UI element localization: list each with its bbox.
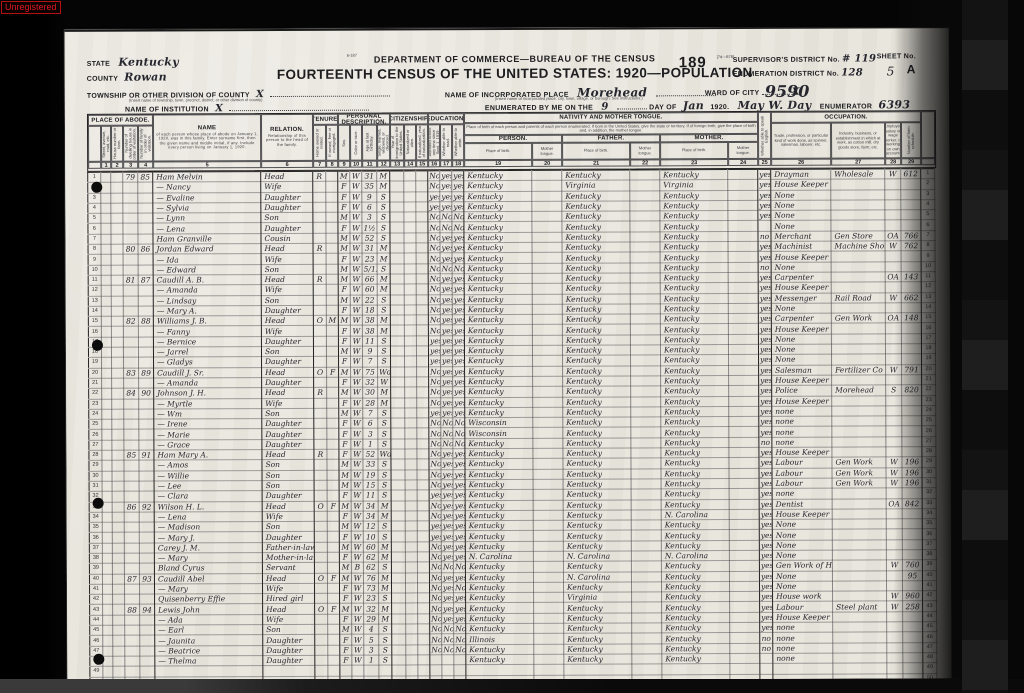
cell-family-number [140,625,155,635]
cell-occupation: Carpenter [771,272,831,283]
cell-marital-status: S [377,212,390,222]
cell-naturalized [406,665,418,675]
cell-immigration-year [392,614,406,624]
cell-able-to-read: yes [441,531,453,541]
col-sub-able-to-read: Whether able to read. [440,124,452,160]
cell-able-to-write: yes [453,356,465,366]
cell-name: — Lynn [153,213,261,224]
cell-able-to-read: No [441,418,453,428]
cell-marital-status: S [377,233,390,243]
cell-family-number [139,357,154,367]
cell-naturalization-year [417,480,429,490]
cell-immigration-year [391,397,405,407]
group-place-of-abode-: PLACE OF ABODE. [88,115,153,126]
cell-attended-school: No [429,552,441,562]
cell-speaks-english: yes [758,211,771,221]
cell-able-to-read: No [442,624,454,634]
cell-able-to-write: yes [452,335,464,345]
cell-street [103,636,113,646]
cell-naturalization-year [416,264,428,274]
cell-marital-status: Wd [378,449,391,459]
cell-color-race: W [351,501,363,511]
cell-naturalization-year [417,511,429,521]
cell-pob-person: N. Carolina [465,551,533,562]
cell-immigration-year [391,480,405,490]
cell-age: 73 [363,583,378,593]
cell-home-owned-rented [314,398,327,408]
cell-speaks-english [760,664,773,674]
cell-sex: F [339,418,351,428]
cell-color-race: W [351,480,363,490]
cell-able-to-read: yes [441,572,453,582]
cell-color-race: B [351,562,363,572]
cell-occupation: None [771,344,831,355]
cell-immigration-year [390,243,404,253]
cell-free-mortgaged [328,655,340,665]
cell-pob-father: Kentucky [563,479,631,490]
cell-able-to-read: yes [440,274,452,284]
cell-street [102,543,112,553]
cell-marital-status: M [377,315,390,325]
cell-naturalized [405,500,417,510]
cell-pob-father: Kentucky [563,376,631,387]
cell-tongue-person [533,376,563,386]
cell-dwelling-number [125,635,140,645]
cell-name: — Thelma [155,656,263,667]
cell-pob-mother: Kentucky [662,592,730,603]
cell-naturalization-year [417,397,429,407]
cell-tongue-father [630,221,660,231]
cell-sex: F [340,614,352,624]
cell-home-owned-rented: O [315,604,328,614]
cell-tongue-mother [728,314,758,324]
cell-attended-school: No [430,603,442,613]
cell-able-to-read: No [440,222,452,232]
cell-age: 28 [363,398,378,408]
cell-pob-person: Kentucky [465,562,533,573]
cell-color-race: W [351,511,363,521]
cell-industry [833,653,887,664]
cell-naturalized [405,408,417,418]
cell-color-race: W [350,315,362,325]
cell-family-number [139,399,154,409]
cell-name: — Earl [155,625,263,636]
cell-speaks-english: yes [758,324,771,334]
cell-color-race: W [351,521,363,531]
cell-name: — Gladys [154,357,262,368]
cell-tongue-person [533,500,563,510]
cell-dwelling-number [125,615,140,625]
cell-tongue-mother [729,571,759,581]
cell-age: 23 [364,593,379,603]
column-number: 1 [101,162,111,169]
cell-tongue-mother [729,406,759,416]
cell-color-race: W [350,274,362,284]
cell-street [103,594,113,604]
cell-tongue-person [533,459,563,469]
cell-pob-mother: Kentucky [660,211,728,222]
cell-family-number [138,327,153,337]
cell-occupation: None [772,571,832,582]
nativity-leaf: Mother tongue. [728,142,758,159]
cell-pob-father: Kentucky [563,469,631,480]
cell-attended-school: No [429,459,441,469]
cell-color-race: W [351,377,363,387]
cell-free-mortgaged [328,593,340,603]
cell-tongue-person [532,335,562,345]
cell-attended-school: No [429,469,441,479]
cell-able-to-write: yes [452,274,464,284]
occupation-sub: Trade, profession, or particular kind of… [771,123,831,159]
cell-tongue-father [631,499,661,509]
nativity-leaf: Place of birth. [464,143,532,160]
cell-industry [833,632,887,643]
cell-relation: Son [262,408,314,419]
cell-free-mortgaged [326,171,338,181]
cell-naturalized [405,418,417,428]
cell-family-number [139,563,154,573]
cell-marital-status: M [378,542,391,552]
cell-home-owned-rented: R [313,274,326,284]
cell-industry [831,303,885,314]
cell-age: 19 [363,470,378,480]
cell-street [102,461,112,471]
cell-home-owned-rented [313,202,326,212]
cell-naturalization-year [417,521,429,531]
cell-pob-mother: Kentucky [660,334,728,345]
cell-tongue-father [631,438,661,448]
cell-line: 37 [89,543,102,553]
cell-age: 1½ [362,223,377,233]
cell-attended-school: No [430,593,442,603]
cell-able-to-read: No [440,263,452,273]
cell-free-mortgaged: F [327,573,339,583]
ward-value: X [792,87,800,98]
cell-color-race: W [351,408,363,418]
cell-free-mortgaged [326,192,338,202]
cell-able-to-read: yes [441,541,453,551]
cell-immigration-year [391,459,405,469]
cell-sex: F [338,336,350,346]
cell-occupation: Salesman [772,365,832,376]
cell-pob-person: Kentucky [464,304,532,315]
cell-able-to-read: yes [440,315,452,325]
cell-speaks-english [758,221,771,231]
cell-occupation [773,663,833,674]
cell-speaks-english: yes [758,314,771,324]
cell-free-mortgaged [326,254,338,264]
cell-dwelling-number [125,646,140,656]
cell-able-to-read: yes [441,511,453,521]
cell-marital-status: M [377,181,390,191]
cell-able-to-write: No [453,438,465,448]
cell-pob-mother: Kentucky [661,468,729,479]
cell-home-owned-rented [313,254,326,264]
cell-speaks-english: yes [759,519,772,529]
enumeration-district: ENUMERATION DISTRICT No. 128 [733,67,863,79]
cell-attended-school: yes [428,191,440,201]
cell-immigration-year [391,531,405,541]
cell-attended-school: No [428,325,440,335]
cell-industry [832,581,886,592]
cell-name: — Evaline [153,192,261,203]
cell-naturalization-year [417,552,429,562]
cell-able-to-read: yes [440,346,452,356]
cell-dwelling-number [124,440,139,450]
cell-able-to-write: yes [452,325,464,335]
cell-tongue-person [532,201,562,211]
cell-line: 36 [89,533,102,543]
cell-free-mortgaged [327,511,339,521]
col-speaks-english-label: Whether able to speak English. [758,112,771,159]
cell-street [101,347,111,357]
cell-name: Johnson J. H. [154,388,262,399]
cell-dwelling-number [123,193,138,203]
cell-sex: F [340,635,352,645]
cell-line: 29 [89,461,102,471]
cell-marital-status: S [377,295,390,305]
cell-house [112,368,124,378]
cell-immigration-year [392,624,406,634]
cell-tongue-father [631,561,661,571]
cell-street [101,285,111,295]
cell-pob-father [564,664,632,675]
cell-age: 12 [363,521,378,531]
cell-immigration-year [392,593,406,603]
cell-attended-school: No [429,377,441,387]
cell-tongue-mother [728,241,758,251]
cell-immigration-year [391,387,405,397]
cell-street [103,646,113,656]
cell-family-number: 89 [139,368,154,378]
cell-tongue-mother [728,231,758,241]
cell-tongue-person [533,562,563,572]
cell-pob-person: Kentucky [465,510,533,521]
cell-free-mortgaged [327,521,339,531]
cell-family-number [139,481,154,491]
cell-house [112,430,124,440]
cell-family-number [140,615,155,625]
cell-attended-school: No [429,366,441,376]
cell-naturalized [404,315,416,325]
cell-pob-person: Kentucky [464,170,532,181]
cell-house [111,285,123,295]
cell-tongue-mother [729,530,759,540]
col-sub-family-number: Number of family in order of visitation. [138,126,153,162]
cell-color-race: W [351,573,363,583]
cell-family-number [139,419,154,429]
cell-color-race: W [350,171,362,181]
cell-naturalized [404,284,416,294]
cell-color-race: W [350,326,362,336]
cell-pob-person: Kentucky [464,222,532,233]
cell-family-number [138,337,153,347]
cell-free-mortgaged [327,357,339,367]
cell-naturalization-year [417,572,429,582]
cell-line: 35 [89,522,102,532]
cell-free-mortgaged [327,532,339,542]
col-sub-sex: Sex. [338,125,350,161]
cell-occupation: None [771,221,831,232]
cell-industry: Morehead [832,385,886,396]
cell-name: Ham Granville [153,233,261,244]
cell-able-to-write [454,665,466,675]
cell-able-to-write: yes [454,593,466,603]
cell-free-mortgaged [327,429,339,439]
cell-dwelling-number [123,224,138,234]
cell-immigration-year [392,645,406,655]
column-number: 6 [261,161,313,168]
cell-free-mortgaged [326,182,338,192]
cell-relation: Daughter [263,635,315,646]
cell-dwelling-number [124,522,139,532]
cell-family-number [139,409,154,419]
cell-pob-person: Kentucky [464,284,532,295]
cell-pob-person: Kentucky [465,500,533,511]
cell-pob-father: Kentucky [563,366,631,377]
cell-house [112,409,124,419]
cell-able-to-write: yes [452,181,464,191]
cell-marital-status: M [378,398,391,408]
state-label-text: STATE [87,61,110,68]
cell-house [112,460,124,470]
cell-tongue-person [533,510,563,520]
cell-age: 3 [362,212,377,222]
cell-age: 32 [364,604,379,614]
cell-tongue-mother [728,211,758,221]
cell-able-to-read: yes [442,593,454,603]
cell-tongue-mother [729,396,759,406]
cell-free-mortgaged: F [327,501,339,511]
cell-tongue-mother [729,365,759,375]
cell-pob-person: Kentucky [466,654,534,665]
cell-dwelling-number: 84 [124,388,139,398]
cell-occupation: House Keeper [772,447,832,458]
cell-industry [831,323,885,334]
cell-pob-father: Kentucky [562,345,630,356]
cell-marital-status: M [377,325,390,335]
cell-occupation: Labour [772,457,832,468]
cell-color-race: W [351,356,363,366]
cell-naturalization-year [418,593,430,603]
cell-home-owned-rented [314,418,327,428]
cell-attended-school: yes [429,531,441,541]
cell-tongue-person [533,541,563,551]
cell-free-mortgaged [327,439,339,449]
cell-naturalized [405,521,417,531]
cell-tongue-father [632,643,662,653]
cell-sex: F [340,655,352,665]
cell-line: 31 [89,481,102,491]
cell-able-to-write [454,655,466,665]
cell-sex: F [340,593,352,603]
cell-free-mortgaged [327,387,339,397]
cell-pob-person: Kentucky [464,294,532,305]
cell-family-number [138,306,153,316]
cell-attended-school: No [429,439,441,449]
cell-house [112,502,124,512]
cell-relation: Daughter [263,645,315,656]
cell-industry [833,622,887,633]
cell-speaks-english: no [760,643,773,653]
cell-name: Ham Melvin [153,172,261,183]
cell-name: — Amos [154,460,262,471]
cell-naturalized [405,459,417,469]
cell-industry [831,210,885,221]
column-number: 14 [404,160,416,167]
cell-street [103,625,113,635]
cell-line: 24 [89,409,102,419]
cell-house [113,625,125,635]
cell-dwelling-number [123,203,138,213]
cell-tongue-father [630,263,660,273]
cell-family-number [140,666,155,676]
cell-pob-mother: Kentucky [661,386,729,397]
cell-able-to-write: yes [453,572,465,582]
cell-naturalized [405,470,417,480]
cell-pob-father: Kentucky [563,530,631,541]
cell-marital-status: S [378,562,391,572]
cell-tongue-father [630,324,660,334]
cell-tongue-father [630,335,660,345]
cell-able-to-write: No [453,428,465,438]
cell-color-race: W [350,254,362,264]
cell-naturalization-year [416,274,428,284]
cell-naturalization-year [416,294,428,304]
cell-attended-school: No [428,315,440,325]
cell-name: — Sylvia [153,202,261,213]
cell-naturalization-year [417,377,429,387]
cell-industry [831,200,885,211]
cell-sex: F [339,583,351,593]
cell-dwelling-number [124,471,139,481]
cell-house [112,388,124,398]
cell-dwelling-number [125,666,140,676]
cell-line: 5 [88,213,101,223]
cell-tongue-father [630,304,660,314]
cell-pob-person: Wisconsin [465,428,533,439]
cell-home-owned-rented [315,655,328,665]
cell-able-to-read: yes [440,181,452,191]
cell-immigration-year [390,315,404,325]
cell-age: 9 [362,346,377,356]
cell-age: 29 [364,614,379,624]
cell-tongue-person [534,665,564,675]
cell-attended-school: No [428,284,440,294]
cell-sex: M [338,233,350,243]
cell-name: — Mary [154,553,262,564]
cell-line: 4 [88,203,101,213]
column-number: 18 [452,160,464,167]
cell-industry [832,529,886,540]
cell-occupation: None [771,262,831,273]
cell-tongue-person [533,469,563,479]
cell-industry: Gen Work [832,478,886,489]
scan-edge-left [0,0,66,693]
cell-sex: F [339,490,351,500]
cell-street [103,605,113,615]
cell-pob-father: Kentucky [562,211,630,222]
cell-pob-father: Kentucky [562,191,630,202]
cell-pob-father: Kentucky [564,623,632,634]
cell-attended-school: yes [428,346,440,356]
cell-pob-father: Kentucky [564,602,632,613]
cell-pob-mother: Kentucky [661,417,729,428]
cell-age: 3 [364,645,379,655]
cell-pob-person: Kentucky [465,459,533,470]
cell-naturalization-year [418,624,430,634]
cell-able-to-read: yes [441,449,453,459]
